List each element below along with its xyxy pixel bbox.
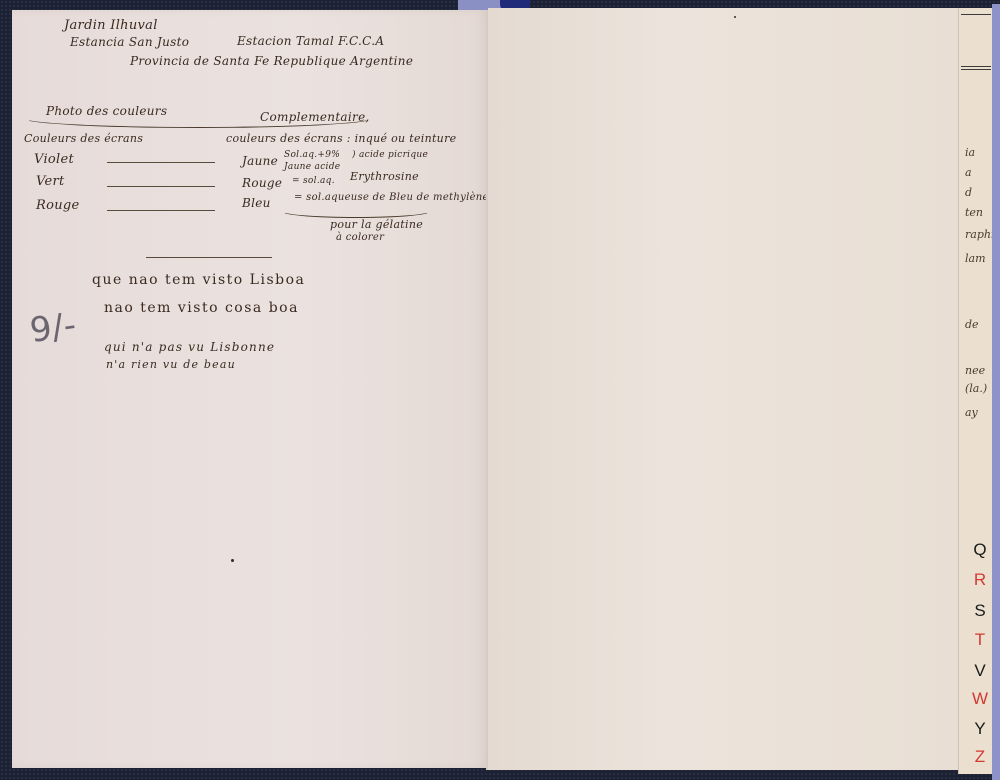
index-fragment: ten — [965, 206, 983, 219]
row-2-dye-color: Rouge — [242, 176, 282, 190]
index-rule — [961, 66, 991, 67]
row-3-dye-color: Bleu — [242, 196, 271, 210]
row-3-note: = sol.aqueuse de Bleu de methylène — [294, 192, 489, 203]
header-line-1: Jardin Ilhuval — [64, 18, 158, 33]
dye-colors-header: couleurs des écrans : inqué ou teinture — [226, 132, 456, 145]
row-1-screen-color: Violet — [34, 152, 74, 167]
index-rule — [961, 69, 991, 70]
left-page: Jardin Ilhuval Estancia San Justo Estaci… — [12, 10, 488, 768]
row-2-note: = sol.aq. — [292, 176, 335, 186]
index-fragment: a — [965, 166, 972, 179]
verse-fr-line-2: n'a rien vu de beau — [106, 358, 236, 371]
index-tab-z[interactable]: Z — [968, 743, 992, 771]
index-tab-q[interactable]: Q — [968, 536, 992, 564]
index-fragment: ia — [965, 146, 975, 159]
index-tab-t[interactable]: T — [968, 626, 992, 654]
row-3-screen-color: Rouge — [36, 198, 80, 213]
header-line-2a: Estancia San Justo — [70, 35, 189, 49]
ink-speck — [734, 16, 736, 18]
row-3-rule — [107, 210, 215, 211]
row-1-note: Sol.aq.+9% — [284, 150, 340, 160]
index-fragment: de — [965, 318, 979, 331]
index-tab-r[interactable]: R — [968, 566, 992, 594]
index-fragment: nee — [965, 364, 985, 377]
row-2-screen-color: Vert — [36, 174, 65, 189]
row-1-annotation: ) acide picrique — [352, 150, 428, 160]
index-fragment: ay — [965, 406, 978, 419]
verse-pt-line-2: nao tem visto cosa boa — [104, 300, 299, 316]
gelatin-note-line1: pour la gélatine — [330, 218, 423, 231]
index-tab-s[interactable]: S — [968, 597, 992, 625]
index-fragment: lam — [965, 252, 986, 265]
row-1-dye-color: Jaune — [242, 154, 278, 168]
cover-edge-right — [992, 4, 1000, 780]
header-line-2b: Estacion Tamal F.C.C.A — [237, 34, 384, 48]
gelatin-brace — [280, 204, 432, 218]
pencil-price-mark: 9/- — [27, 305, 78, 351]
index-tab-v[interactable]: V — [968, 657, 992, 685]
index-fragment: d — [965, 186, 972, 199]
row-2-subnote: Erythrosine — [350, 170, 419, 183]
row-1-rule — [107, 162, 215, 163]
ink-speck — [231, 559, 234, 562]
gelatin-note-line2: à colorer — [336, 232, 384, 243]
index-rule-top — [961, 14, 991, 15]
header-line-3: Provincia de Santa Fe Republique Argenti… — [130, 54, 413, 68]
index-tab-w[interactable]: W — [968, 685, 992, 713]
complementary-header: Complementaire, — [260, 110, 370, 124]
row-2-rule — [107, 186, 215, 187]
screen-colors-header: Couleurs des écrans — [24, 132, 143, 145]
right-page — [488, 8, 960, 770]
row-1-subnote: Jaune acide — [284, 162, 340, 172]
index-fragment: (la.) — [965, 382, 987, 395]
verse-fr-line-1: qui n'a pas vu Lisbonne — [104, 340, 275, 354]
verse-separator — [146, 257, 272, 258]
verse-pt-line-1: que nao tem visto Lisboa — [92, 272, 305, 288]
index-tab-y[interactable]: Y — [968, 715, 992, 743]
notebook-spread: Jardin Ilhuval Estancia San Justo Estaci… — [0, 0, 1000, 780]
